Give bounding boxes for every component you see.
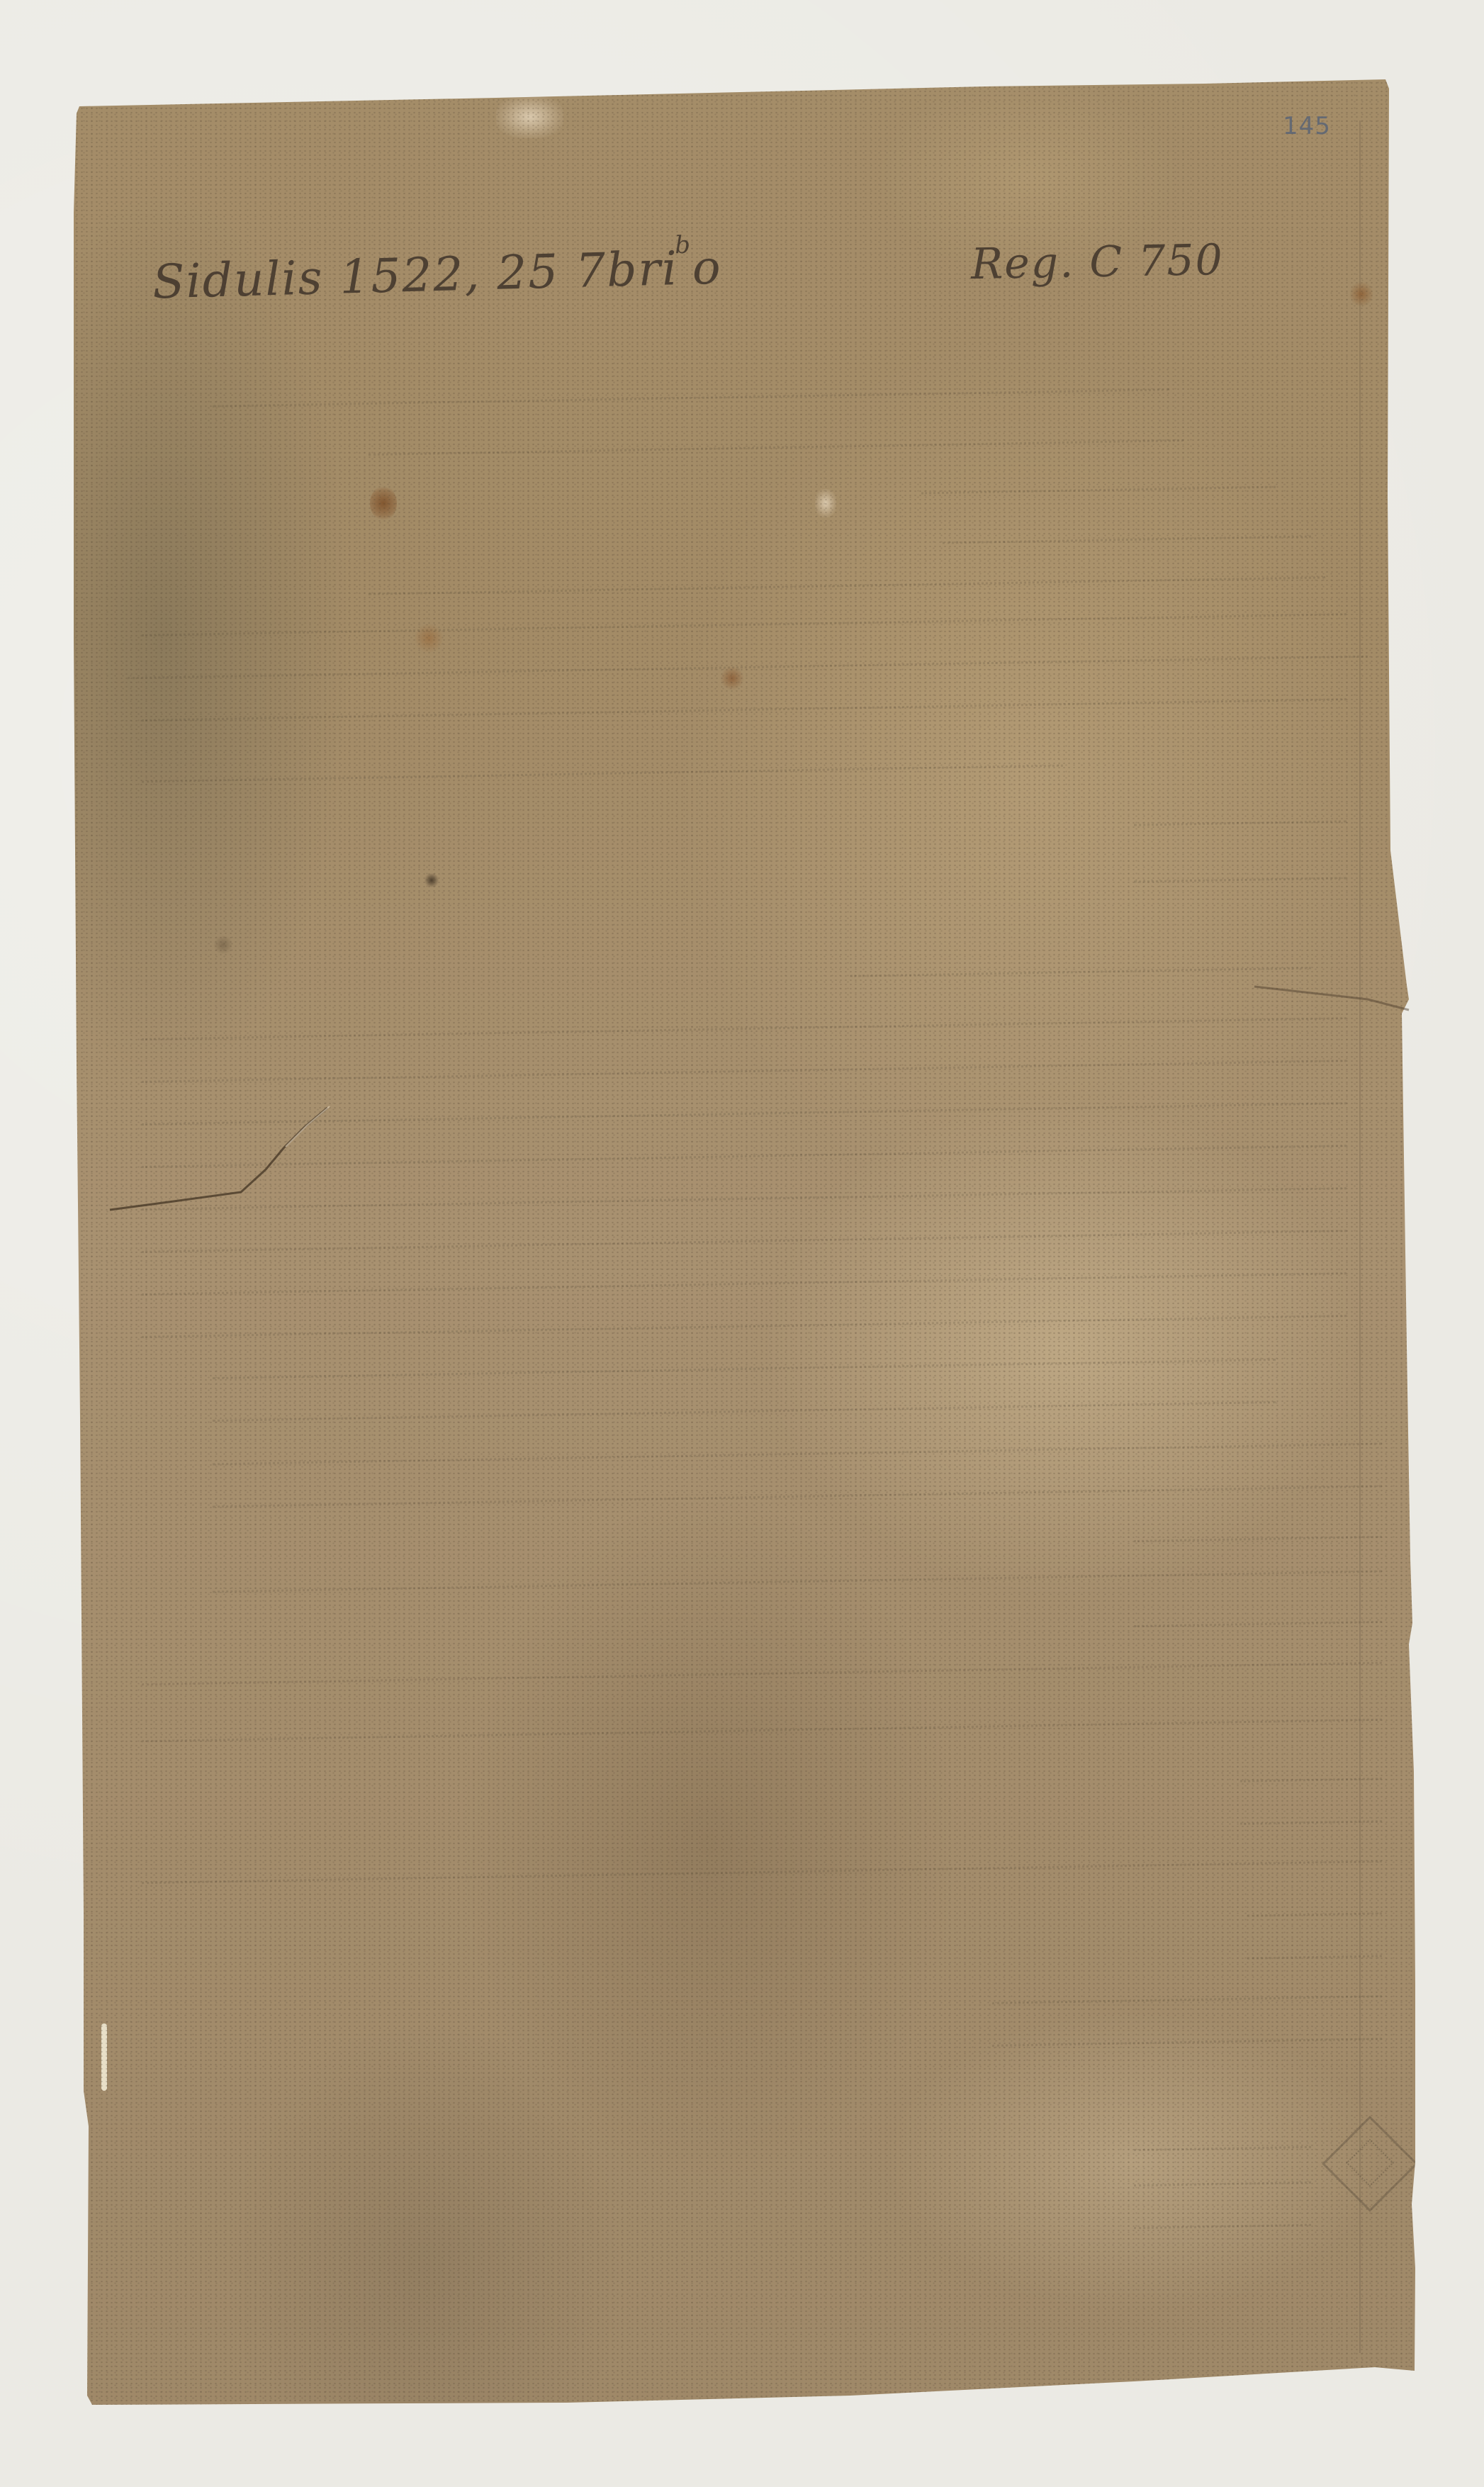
brown-stain <box>720 666 744 690</box>
notarial-sign <box>1322 2116 1418 2212</box>
worn-patch <box>496 96 563 138</box>
folio-number: 145 <box>1283 112 1331 140</box>
dark-spot <box>213 936 234 954</box>
register-annotation: Reg. C 750 <box>970 235 1224 289</box>
date-annotation-trail: o <box>692 240 723 295</box>
brown-stain <box>370 485 397 521</box>
parchment-sheet <box>0 0 1484 2487</box>
show-through-text <box>0 0 1484 2487</box>
light-stain <box>415 622 443 654</box>
dark-spot <box>424 873 439 887</box>
brown-stain <box>1350 280 1373 308</box>
worn-patch <box>815 489 836 517</box>
edge-highlight <box>101 2023 107 2091</box>
date-annotation-superscript: b <box>675 231 692 260</box>
